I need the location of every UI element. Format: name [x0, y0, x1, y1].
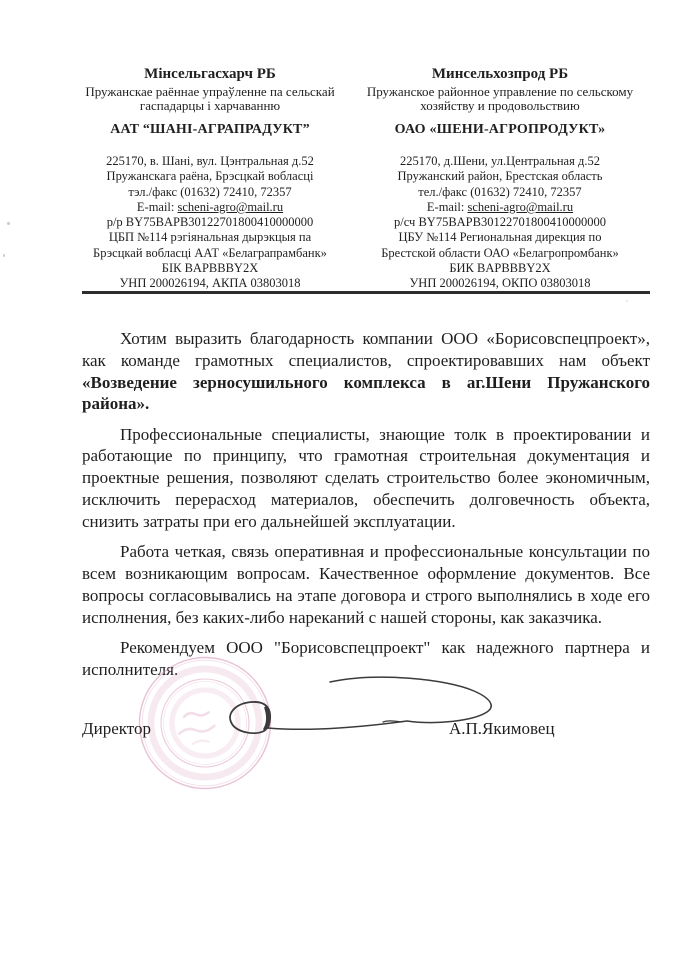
ministry-name-left: Мінсельгасхарч РБ: [62, 66, 358, 82]
org-name-right: ОАО «ШЕНИ-АГРОПРОДУКТ»: [352, 122, 648, 138]
division-name-left: Пружанскае раённае упраўленне па сельска…: [62, 85, 358, 112]
email-address: scheni-agro@mail.ru: [178, 200, 284, 214]
bank-account-line: р/р BY75BAPB30122701800410000000: [62, 215, 358, 230]
email-label: E-mail:: [137, 200, 175, 214]
letterhead-divider-rule: [82, 291, 650, 294]
email-label: E-mail:: [427, 200, 465, 214]
letterhead-left: Мінсельгасхарч РБ Пружанскае раённае упр…: [62, 66, 358, 292]
ministry-name-right: Минсельхозпрод РБ: [352, 66, 648, 82]
phone-line: тел./факс (01632) 72410, 72357: [352, 185, 648, 200]
address-line: Пружанскага раёна, Брэсцкай вобласці: [62, 169, 358, 184]
paragraph-cooperation: Работа четкая, связь оперативная и профе…: [82, 541, 650, 628]
paragraph-gratitude-text: Хотим выразить благодарность компании ОО…: [82, 329, 650, 370]
phone-line: тэл./факс (01632) 72410, 72357: [62, 185, 358, 200]
email-address: scheni-agro@mail.ru: [468, 200, 574, 214]
bank-account-line: р/сч BY75BAPB30122701800410000000: [352, 215, 648, 230]
bank-branch-line: ЦБУ №114 Региональная дирекция по: [352, 230, 648, 245]
letter-body: Хотим выразить благодарность компании ОО…: [82, 328, 650, 689]
org-name-left: ААТ “ШАНІ-АГРАПРАДУКТ”: [62, 122, 358, 138]
paragraph-professionalism: Профессиональные специалисты, знающие то…: [82, 424, 650, 533]
division-name-right: Пружанское районное управление по сельск…: [352, 85, 648, 112]
address-line: 225170, в. Шані, вул. Цэнтральная д.52: [62, 154, 358, 169]
unp-line: УНП 200026194, АКПА 03803018: [62, 276, 358, 291]
scan-speck: [626, 300, 628, 302]
bank-name-line: Брестской области ОАО «Белагропромбанк»: [352, 246, 648, 261]
paragraph-gratitude: Хотим выразить благодарность компании ОО…: [82, 328, 650, 415]
bank-name-line: Брэсцкай вобласці ААТ «Белаграпрамбанк»: [62, 246, 358, 261]
signer-name: А.П.Якимовец: [449, 719, 555, 739]
address-block-left: 225170, в. Шані, вул. Цэнтральная д.52 П…: [62, 154, 358, 292]
email-line: E-mail: scheni-agro@mail.ru: [352, 200, 648, 215]
scan-speck: [3, 254, 5, 257]
project-title-bold: «Возведение зерносушильного комплекса в …: [82, 373, 650, 414]
address-line: Пружанский район, Брестская область: [352, 169, 648, 184]
email-line: E-mail: scheni-agro@mail.ru: [62, 200, 358, 215]
letter-page: Мінсельгасхарч РБ Пружанскае раённае упр…: [0, 0, 678, 960]
scan-speck: [7, 222, 10, 225]
bank-branch-line: ЦБП №114 рэгіянальная дырэкцыя па: [62, 230, 358, 245]
bic-line: БИК BAPBBBY2X: [352, 261, 648, 276]
letterhead-right: Минсельхозпрод РБ Пружанское районное уп…: [352, 66, 648, 292]
director-title: Директор: [82, 719, 151, 739]
bic-line: БІК BAPBBBY2X: [62, 261, 358, 276]
paragraph-recommendation: Рекомендуем ООО "Борисовспецпроект" как …: [82, 637, 650, 681]
address-block-right: 225170, д.Шени, ул.Центральная д.52 Пруж…: [352, 154, 648, 292]
unp-line: УНП 200026194, ОКПО 03803018: [352, 276, 648, 291]
address-line: 225170, д.Шени, ул.Центральная д.52: [352, 154, 648, 169]
